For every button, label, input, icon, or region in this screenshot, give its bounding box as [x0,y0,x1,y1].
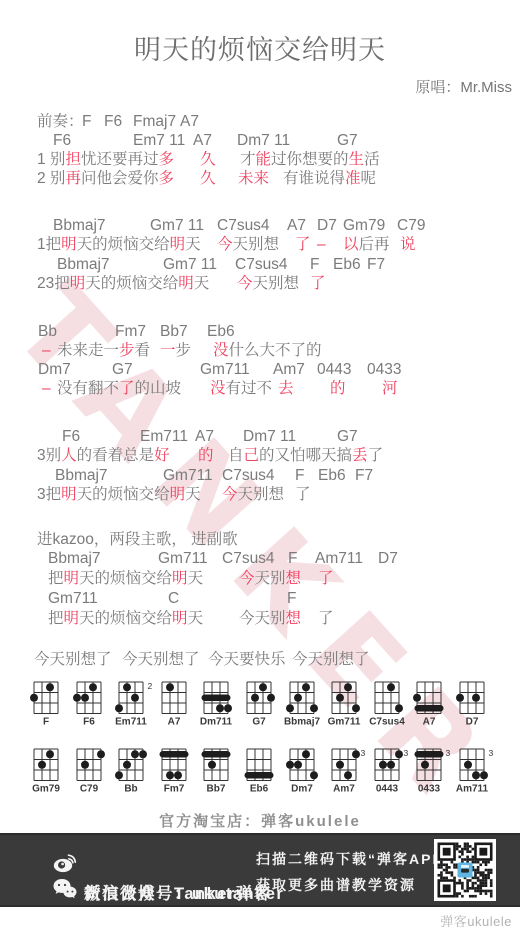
sheet-page: TANKER 明天的烦恼交给明天 原唱：Mr.Miss 前奏：FF6Fmaj7A… [0,0,520,935]
lyric-chord-run: Dm7 [38,360,71,379]
song-line: F6Em7 11A7Dm7 11G7 [0,131,520,150]
svg-text:F: F [43,717,49,728]
chord-diagram-Am711: 3Am711 [452,745,494,800]
lyric-chord-run: 今天别想了 [34,650,112,669]
lyric-chord-run: 0433 [367,360,401,379]
svg-text:2: 2 [148,681,153,691]
song-line: 23把明天的烦恼交给明天今天别想了 [0,274,520,293]
lyric-chord-run: 久 [200,169,216,188]
lyric-chord-run: G7 [337,427,358,446]
lyric-chord-run: 才能过你想要的生活 [240,150,380,169]
lyric-chord-run: Bbmaj7 [53,216,106,235]
svg-text:Eb6: Eb6 [250,784,269,795]
lyric-chord-run: 以后再 [343,235,390,254]
lyric-chord-run: 了 [310,274,326,293]
chord-diagram-C79: C79 [69,745,111,800]
lyric-chord-run: Am7 [273,360,305,379]
lyric-chord-run: Eb6 [207,322,235,341]
wechat-account: 微信公众号：ukutanker [84,880,284,904]
lyric-chord-run: F6 [104,112,122,131]
song-line: Dm7G7Gm711Am704430433 [0,360,520,379]
lyric-chord-run: Bbmaj7 [55,466,108,485]
lyric-chord-run: 没什么大不了的 [213,341,322,360]
lyric-chord-run: Dm7 11 [243,427,296,446]
lyric-chord-run: – [317,235,326,254]
svg-text:A7: A7 [167,717,180,728]
lyric-chord-run: 了 [318,569,334,588]
lyric-chord-run: 今天别想了 [292,650,370,669]
lyric-chord-run: Gm711 [200,360,250,379]
svg-text:Dm711: Dm711 [200,717,233,728]
lyric-chord-run: 今天别想 [239,569,301,588]
lyric-chord-run: Bb [38,322,57,341]
lyric-chord-run: F [295,466,304,485]
svg-text:Dm7: Dm7 [291,784,313,795]
svg-text:G7: G7 [252,717,266,728]
lyric-chord-run: C7sus4 [235,255,288,274]
chord-diagram-Bbmaj7: Bbmaj7 [282,678,324,733]
lyric-chord-run: 的 [198,446,214,465]
lyric-chord-run: 把明天的烦恼交给明天 [48,609,203,628]
lyric-chord-run: A7 [287,216,306,235]
lyric-chord-run: D7 [378,549,398,568]
lyric-chord-run: Gm711 [48,589,98,608]
lyric-chord-run: F7 [367,255,385,274]
lyric-chord-run: Gm711 [163,466,213,485]
chord-diagram-0443: 30443 [367,745,409,800]
lyric-chord-run: Gm79 [343,216,385,235]
svg-text:3: 3 [446,748,451,758]
lyric-chord-run: 了 [295,485,311,504]
lyric-chord-run: 把明天的烦恼交给明天 [48,569,203,588]
song-line: 进kazoo，两段主歌， 进副歌 [0,530,520,549]
song-line: 前奏：FF6Fmaj7A7 [0,112,520,131]
chord-diagram-Dm711: Dm711 [196,678,238,733]
lyric-chord-run: Bb7 [160,322,188,341]
lyric-chord-run: 1把明天的烦恼交给明天 [37,235,201,254]
lyric-chord-run: Bbmaj7 [48,549,101,568]
lyric-chord-run: F6 [62,427,80,446]
svg-text:Am7: Am7 [333,784,355,795]
lyric-chord-run: 今天别想 [217,235,279,254]
lyric-chord-run: C7sus4 [222,466,275,485]
lyric-chord-run: Fmaj7 [133,112,176,131]
lyric-chord-run: G7 [337,131,358,150]
lyric-chord-run: 未来走一步看 [57,341,150,360]
lyric-chord-run: 3把明天的烦恼交给明天 [37,485,201,504]
lyric-chord-run: 一步 [160,341,191,360]
lyric-chord-run: 2 别再问他会爱你多 [37,169,174,188]
chord-diagram-Am7: 3Am7 [324,745,366,800]
song-line: BbFm7Bb7Eb6 [0,322,520,341]
chord-diagram-Gm79: Gm79 [26,745,68,800]
svg-text:Bb: Bb [125,784,138,795]
qr-code [434,839,496,901]
lyric-chord-run: 今天别想了 [122,650,200,669]
chord-diagram-Eb6: Eb6 [239,745,281,800]
lyric-chord-run: A7 [195,427,214,446]
chord-diagram-F6: F6 [69,678,111,733]
song-line: 把明天的烦恼交给明天今天别想了 [0,569,520,588]
svg-text:C7sus4: C7sus4 [369,717,405,728]
lyric-chord-run: Em711 [140,427,188,446]
lyric-chord-run: C79 [397,216,425,235]
lyric-chord-run: – [42,379,51,398]
svg-text:0443: 0443 [376,784,399,795]
song-line: Bbmaj7Gm711C7sus4FAm711D7 [0,549,520,568]
lyric-chord-run: 今天要快乐 [208,650,286,669]
chord-diagram-C7sus4: C7sus4 [367,678,409,733]
lyric-chord-run: F [287,589,296,608]
lyric-chord-run: 今天别想 [239,609,301,628]
lyric-chord-run: 去 [278,379,294,398]
chord-diagram-0433: 30433 [409,745,451,800]
lyric-chord-run: 了 [318,609,334,628]
lyric-chord-run: 0443 [317,360,351,379]
lyric-chord-run: Em7 11 [133,131,185,150]
svg-text:Am711: Am711 [456,784,489,795]
song-line: 3把明天的烦恼交给明天今天别想了 [0,485,520,504]
lyric-chord-run: F6 [53,131,71,150]
lyric-chord-run: F7 [355,466,373,485]
chord-diagram-Fm7: Fm7 [154,745,196,800]
svg-text:A7: A7 [423,717,436,728]
lyric-chord-run: Eb6 [333,255,361,274]
lyric-chord-run: Bbmaj7 [57,255,110,274]
lyric-chord-run: F [310,255,319,274]
lyric-chord-run: Gm7 11 [163,255,217,274]
svg-text:Em711: Em711 [115,717,147,728]
song-line: 1把明天的烦恼交给明天今天别想了–以后再说 [0,235,520,254]
svg-text:F6: F6 [83,717,95,728]
lyric-chord-run: Eb6 [318,466,346,485]
svg-text:Gm79: Gm79 [32,784,60,795]
chord-diagram-A7: A7 [154,678,196,733]
lyric-chord-run: Am711 [315,549,363,568]
lyric-chord-run: 3别人的看着总是好 [37,446,170,465]
song-line: Bbmaj7Gm7 11C7sus4FEb6F7 [0,255,520,274]
chord-diagram-row-2: Gm79C79BbFm7Bb7Eb6Dm73Am730443304333Am71… [26,745,494,800]
svg-text:0433: 0433 [418,784,441,795]
chord-diagram-D7: D7 [452,678,494,733]
lyric-chord-run: 前奏： [37,112,84,131]
chord-diagram-row-1: FF62Em711A7Dm711G7Bbmaj7Gm711C7sus4A7D7 [26,678,494,733]
song-line: F6Em711A7Dm7 11G7 [0,427,520,446]
svg-text:Fm7: Fm7 [164,784,185,795]
lyric-chord-run: – [42,341,51,360]
chord-diagram-Bb7: Bb7 [196,745,238,800]
weibo-icon [52,849,78,880]
promo-line-2: 获取更多曲谱教学资源 [256,875,416,895]
lyric-chord-run: 1 别担忧还要再过多 [37,150,174,169]
song-line: 2 别再问他会爱你多久未来有谁说得准呢 [0,169,520,188]
lyric-chord-run: A7 [180,112,199,131]
taobao-store-line: 官方淘宝店：弹客ukulele [0,810,520,831]
lyric-chord-run: 说 [400,235,416,254]
lyric-chord-run: Gm711 [158,549,208,568]
lyric-chord-run: 了 [295,235,311,254]
footer-bar: 新浪微博：Tanker弹客 微信公众号：ukutanker 扫描二维码下载“弹客… [0,833,520,907]
lyric-chord-run: 自己的又怕哪天搞丢了 [228,446,383,465]
lyric-chord-run: C [168,589,179,608]
svg-text:Bb7: Bb7 [207,784,226,795]
lyric-chord-run: 河 [382,379,398,398]
song-line: 1 别担忧还要再过多久才能过你想要的生活 [0,150,520,169]
lyric-chord-run: 的 [330,379,346,398]
lyric-chord-run: 没有过不 [210,379,272,398]
lyric-chord-run: 进kazoo，两段主歌， 进副歌 [37,530,238,549]
chord-diagram-Dm7: Dm7 [282,745,324,800]
lyric-chord-run: 未来 [238,169,269,188]
svg-text:Gm711: Gm711 [328,717,361,728]
song-line: Gm711CF [0,589,520,608]
lyric-chord-run: Dm7 11 [237,131,290,150]
lyric-chord-run: 23把明天的烦恼交给明天 [37,274,209,293]
lyric-chord-run: 没有翻不了的山坡 [57,379,181,398]
chord-diagram-F: F [26,678,68,733]
lyric-chord-run: 今天别想 [237,274,299,293]
song-body: 前奏：FF6Fmaj7A7F6Em7 11A7Dm7 11G71 别担忧还要再过… [0,0,520,700]
lyric-chord-run: F [82,112,91,131]
chord-diagram-Em711: 2Em711 [111,678,153,733]
lyric-chord-run: Fm7 [115,322,146,341]
lyric-chord-run: C7sus4 [222,549,275,568]
svg-text:D7: D7 [466,717,479,728]
promo-line-1: 扫描二维码下载“弹客APP” [256,849,453,869]
song-line: 把明天的烦恼交给明天今天别想了 [0,609,520,628]
chord-diagram-G7: G7 [239,678,281,733]
svg-text:Bbmaj7: Bbmaj7 [284,717,321,728]
song-line: 今天别想了今天别想了今天要快乐今天别想了 [0,650,520,669]
chord-diagram-Bb: Bb [111,745,153,800]
wechat-icon [52,877,78,906]
song-line: –未来走一步看一步没什么大不了的 [0,341,520,360]
song-line: 3别人的看着总是好的自己的又怕哪天搞丢了 [0,446,520,465]
lyric-chord-run: 久 [200,150,216,169]
svg-text:C79: C79 [79,784,98,795]
svg-text:3: 3 [403,748,408,758]
lyric-chord-run: 今天别想 [222,485,284,504]
lyric-chord-run: C7sus4 [217,216,270,235]
lyric-chord-run: Gm7 11 [150,216,204,235]
lyric-chord-run: 有谁说得准呢 [283,169,376,188]
song-line: Bbmaj7Gm711C7sus4FEb6F7 [0,466,520,485]
song-line: –没有翻不了的山坡没有过不去的河 [0,379,520,398]
song-line: Bbmaj7Gm7 11C7sus4A7D7Gm79C79 [0,216,520,235]
svg-text:3: 3 [361,748,366,758]
lyric-chord-run: F [288,549,297,568]
svg-text:3: 3 [488,748,493,758]
brand-credit: 弹客ukulele [440,911,512,930]
lyric-chord-run: D7 [317,216,337,235]
lyric-chord-run: A7 [193,131,212,150]
chord-diagram-Gm711: Gm711 [324,678,366,733]
lyric-chord-run: G7 [112,360,133,379]
chord-diagram-A7: A7 [409,678,451,733]
